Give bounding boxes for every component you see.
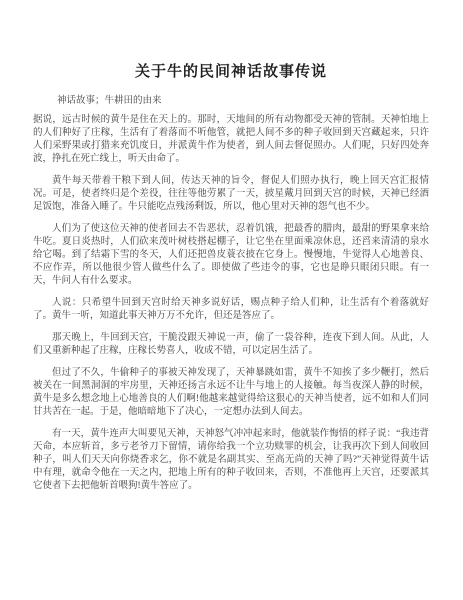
story-subtitle: 神话故事；牛耕田的由来 [33,95,429,108]
story-paragraph-5: 那天晚上，牛回到天宫，干脆没跟天神说一声，偷了一袋谷种，连夜下到人间。从此，人们… [33,332,429,358]
page-title: 关于牛的民间神话故事传说 [33,62,429,83]
story-paragraph-2: 黄牛每天带着干粮下到人间，传达天神的旨令，督促人们照办执行，晚上回天宫汇报情况。… [33,175,429,214]
story-paragraph-3: 人们为了使这位天神的使者回去不告恶状，忍着饥饿，把最香的腊肉，最甜的野果拿来给牛… [33,223,429,288]
story-paragraph-1: 据说，远古时候的黄牛是住在天上的。那时，天地间的所有动物都受天神的管制。天神怕地… [33,114,429,166]
story-paragraph-7: 有一天，黄牛连声大叫要见天神，天神怒气冲冲起来时，他就装作悔悟的样子说：“我违背… [33,428,429,493]
story-body: 据说，远古时候的黄牛是住在天上的。那时，天地间的所有动物都受天神的管制。天神怕地… [33,114,429,493]
story-paragraph-6: 但过了不久，牛偷种子的事被天神发现了，天神暴跳如雷，黄牛不知挨了多少鞭打，然后被… [33,367,429,419]
document-page: 关于牛的民间神话故事传说 神话故事；牛耕田的由来 据说，远古时候的黄牛是住在天上… [0,0,463,600]
story-paragraph-4: 人说：只希望牛回到天宫时给天神多说好话，赐点种子给人们种，让生活有个着落就好了。… [33,297,429,323]
